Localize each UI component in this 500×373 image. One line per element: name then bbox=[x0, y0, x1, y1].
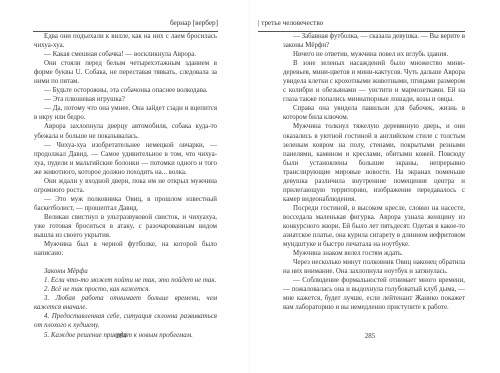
paragraph: Едва они подъехали к вилле, как на них с… bbox=[34, 32, 217, 50]
left-page: бернар [вербер] Едва они подъехали к вил… bbox=[0, 0, 250, 373]
paragraph: Ничего не ответив, мужчина повел их вглу… bbox=[283, 50, 465, 59]
page-number: 284 bbox=[0, 332, 246, 340]
law-item: 4. Предоставленная себе, ситуация склонн… bbox=[34, 312, 217, 330]
paragraph: — Будьте осторожны, эта собачонка опасне… bbox=[34, 86, 217, 95]
right-page: | третье человечество — Забавная футболк… bbox=[250, 0, 500, 373]
page-number: 285 bbox=[245, 332, 495, 340]
paragraph: Посреди гостиной, в высоком кресле, слов… bbox=[283, 204, 465, 249]
running-header-author: бернар [вербер] bbox=[33, 19, 218, 32]
running-header-title: | третье человечество bbox=[258, 19, 465, 32]
murphy-laws-block: Законы Мёрфи 1. Если что-то может пойти … bbox=[34, 267, 217, 339]
paragraph: Через несколько минут полковник Овиц нак… bbox=[283, 258, 465, 276]
paragraph: — Какая смешная собачка! — воскликнула А… bbox=[34, 50, 217, 59]
paragraph: Они стояли перед белым четырехэтажным зд… bbox=[34, 59, 217, 86]
paragraph: — Эта плюшевая игрушка? bbox=[34, 95, 217, 104]
law-item: 1. Если что-то может пойти не так, это п… bbox=[34, 276, 217, 285]
paragraph: — Забавная футболка, — сказала девушка. … bbox=[283, 32, 465, 50]
paragraph: — Да, потому что она умнее. Она зайдет с… bbox=[34, 104, 217, 122]
paragraph: Великан свистнул в ультразвуковой свисто… bbox=[34, 213, 217, 240]
paragraph: Аврора захлопнула дверцу автомобиля, соб… bbox=[34, 122, 217, 140]
law-item: 3. Любая работа отнимает больше времени,… bbox=[34, 294, 217, 312]
paragraph: В зоне зеленых насаждений было множество… bbox=[283, 59, 465, 104]
right-page-body: — Забавная футболка, — сказала девушка. … bbox=[283, 32, 465, 312]
paragraph: Справа она увидела павильон для бабочек,… bbox=[283, 104, 465, 122]
paragraph: Мужчина был в черной футболке, на которо… bbox=[34, 240, 217, 258]
law-item: 2. Всё не так просто, как кажется. bbox=[34, 285, 217, 294]
paragraph: Мужчина толкнул тяжелую деревянную дверь… bbox=[283, 122, 465, 203]
left-page-body: Едва они подъехали к вилле, как на них с… bbox=[34, 32, 217, 340]
laws-title: Законы Мёрфи bbox=[34, 267, 217, 276]
paragraph: Мужчина знаком велел гостям ждать. bbox=[283, 249, 465, 258]
paragraph: — Соблюдение формальностей отнимает мног… bbox=[283, 276, 465, 312]
paragraph: Они ждали у входной двери, пока им не от… bbox=[34, 177, 217, 195]
paragraph: — Чихуа-хуа изобретательнее немецкой овч… bbox=[34, 141, 217, 177]
paragraph: — Это муж полковника Овиц, в прошлом изв… bbox=[34, 195, 217, 213]
